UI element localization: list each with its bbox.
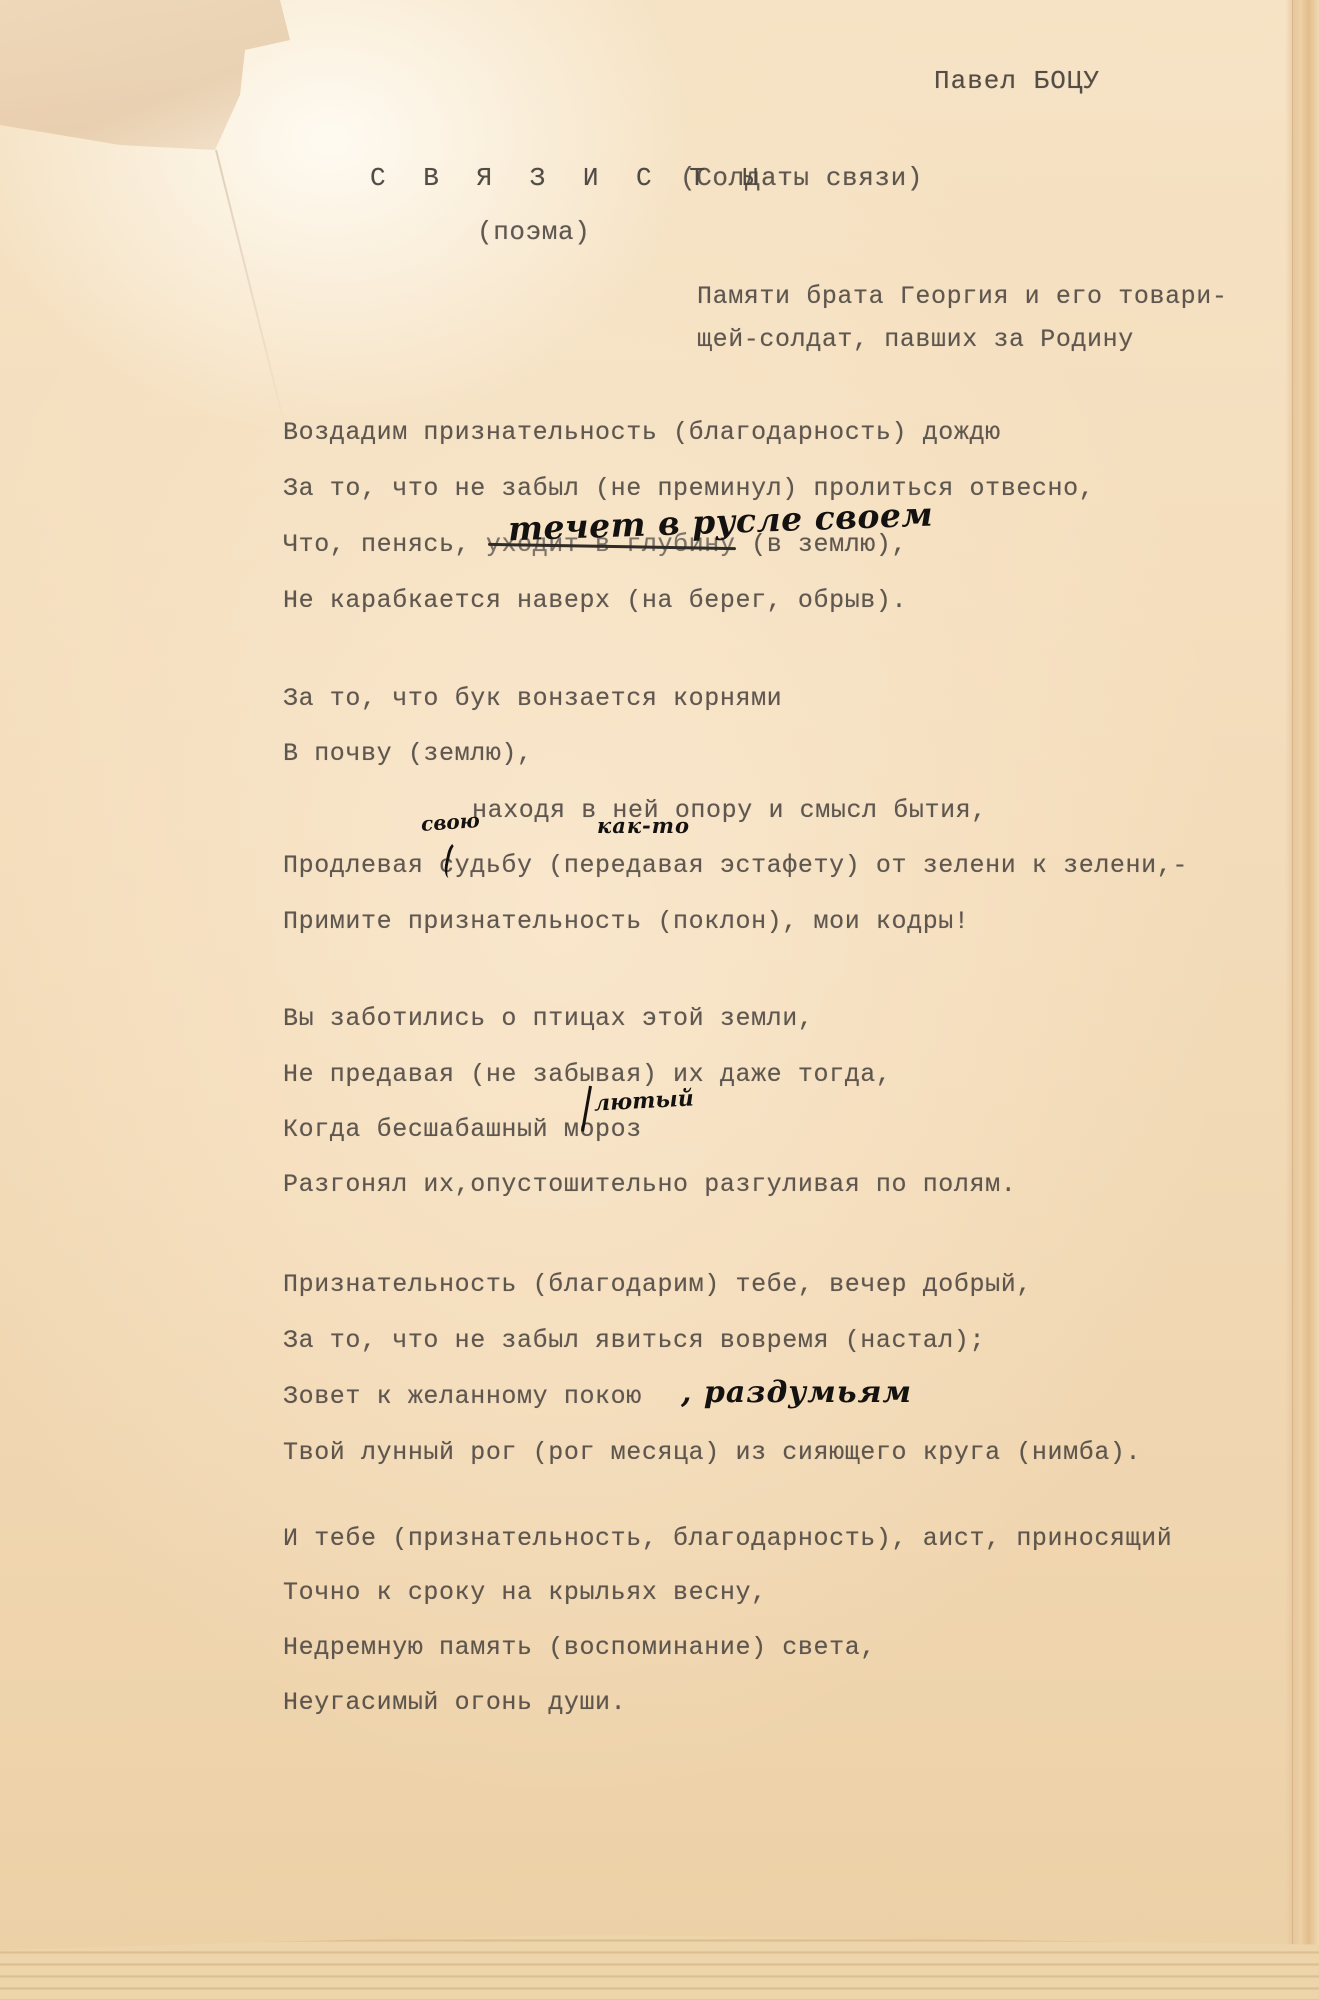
dedication-line: щей-солдат, павших за Родину [697, 327, 1134, 352]
handwritten-insertion: как-то [597, 815, 690, 836]
author-name: Павел БОЦУ [934, 68, 1100, 94]
poem-line: За то, что не забыл явиться вовремя (нас… [283, 1328, 985, 1353]
poem-line: Неугасимый огонь души. [283, 1690, 626, 1715]
line-prefix: Что, пенясь, [283, 530, 486, 559]
poem-line: Твой лунный рог (рог месяца) из сияющего… [283, 1440, 1141, 1465]
poem-line: И тебе (признательность, благодарность),… [283, 1526, 1172, 1551]
poem-line: Вы заботились о птицах этой земли, [283, 1006, 813, 1031]
poem-line: Воздадим признательность (благодарность)… [283, 420, 1001, 445]
poem-line: Примите признательность (поклон), мои ко… [283, 909, 970, 934]
poem-line-indented: находя в ней опору и смысл бытия, [472, 798, 987, 823]
poem-line: Признательность (благодарим) тебе, вечер… [283, 1272, 1032, 1297]
poem-line: В почву (землю), [283, 741, 533, 766]
poem-line: За то, что не забыл (не преминул) пролит… [283, 476, 1094, 501]
poem-genre: (поэма) [477, 219, 590, 245]
poem-line: За то, что бук вонзается корнями [283, 686, 782, 711]
poem-line: Не карабкается наверх (на берег, обрыв). [283, 588, 907, 613]
stacked-pages-right-edge [1292, 0, 1319, 2000]
dedication-line: Памяти брата Георгия и его товари- [697, 284, 1227, 309]
poem-line: Не предавая (не забывая) их даже тогда, [283, 1062, 892, 1087]
handwritten-insertion: свою [420, 810, 480, 834]
poem-line: Недремную память (воспоминание) света, [283, 1635, 876, 1660]
handwritten-insertion: лютый [593, 1087, 694, 1114]
poem-line: Зовет к желанному покою [283, 1384, 642, 1409]
poem-line: Разгонял их,опустошительно разгуливая по… [283, 1172, 1016, 1197]
poem-title-alternative: (Солдаты связи) [680, 165, 923, 191]
handwritten-insertion: , раздумьям [681, 1378, 912, 1408]
poem-line: Точно к сроку на крыльях весну, [283, 1580, 767, 1605]
poem-line: Продлевая судьбу (передавая эстафету) от… [283, 853, 1188, 878]
